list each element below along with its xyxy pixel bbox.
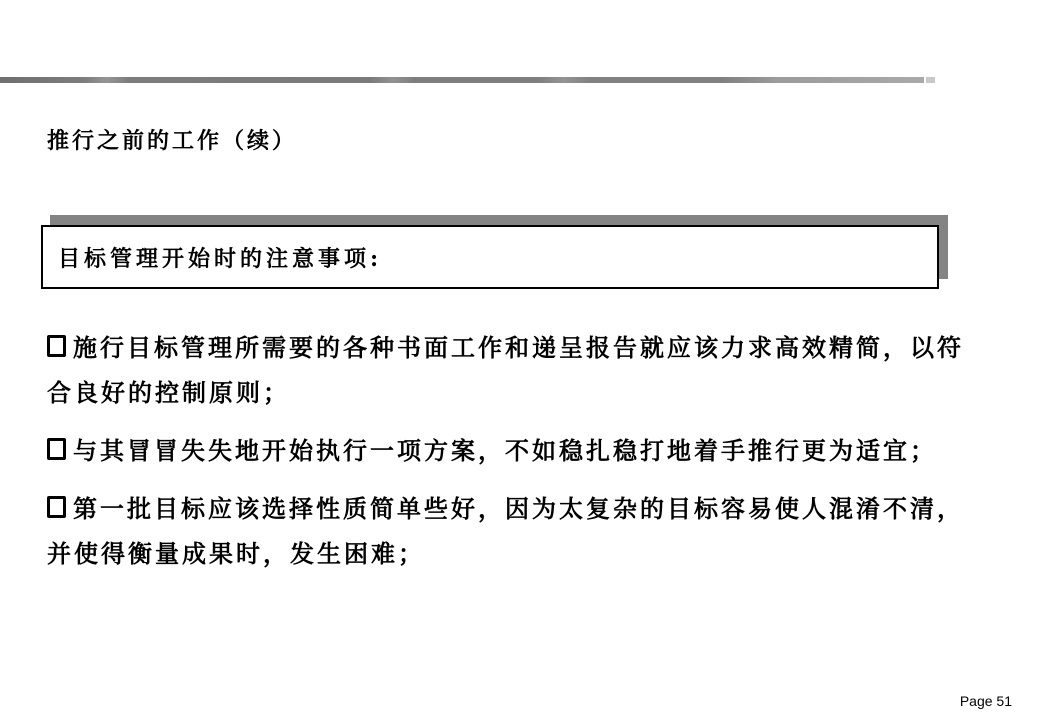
slide-title: 推行之前的工作（续） — [47, 124, 297, 155]
bullet-text: 第一批目标应该选择性质简单些好，因为太复杂的目标容易使人混淆不清，并使得衡量成果… — [47, 494, 964, 568]
top-divider-bar — [0, 77, 924, 83]
heading-box-text: 目标管理开始时的注意事项: — [58, 242, 382, 273]
bullet-item: 施行目标管理所需要的各种书面工作和递呈报告就应该力求高效精简，以符合良好的控制原… — [47, 325, 989, 415]
top-divider-bar-tail — [926, 77, 935, 83]
checkbox-bullet-icon — [47, 496, 66, 518]
presentation-slide: 推行之前的工作（续） 目标管理开始时的注意事项: 施行目标管理所需要的各种书面工… — [0, 0, 1040, 720]
bullet-text: 与其冒冒失失地开始执行一项方案，不如稳扎稳打地着手推行更为适宜； — [73, 436, 937, 465]
checkbox-bullet-icon — [47, 438, 66, 460]
page-number: Page 51 — [960, 693, 1012, 709]
bullet-list: 施行目标管理所需要的各种书面工作和递呈报告就应该力求高效精简，以符合良好的控制原… — [47, 325, 989, 589]
heading-box: 目标管理开始时的注意事项: — [41, 225, 939, 289]
checkbox-bullet-icon — [47, 335, 66, 357]
bullet-item: 第一批目标应该选择性质简单些好，因为太复杂的目标容易使人混淆不清，并使得衡量成果… — [47, 486, 989, 576]
bullet-text: 施行目标管理所需要的各种书面工作和递呈报告就应该力求高效精简，以符合良好的控制原… — [47, 333, 964, 407]
bullet-item: 与其冒冒失失地开始执行一项方案，不如稳扎稳打地着手推行更为适宜； — [47, 428, 989, 473]
